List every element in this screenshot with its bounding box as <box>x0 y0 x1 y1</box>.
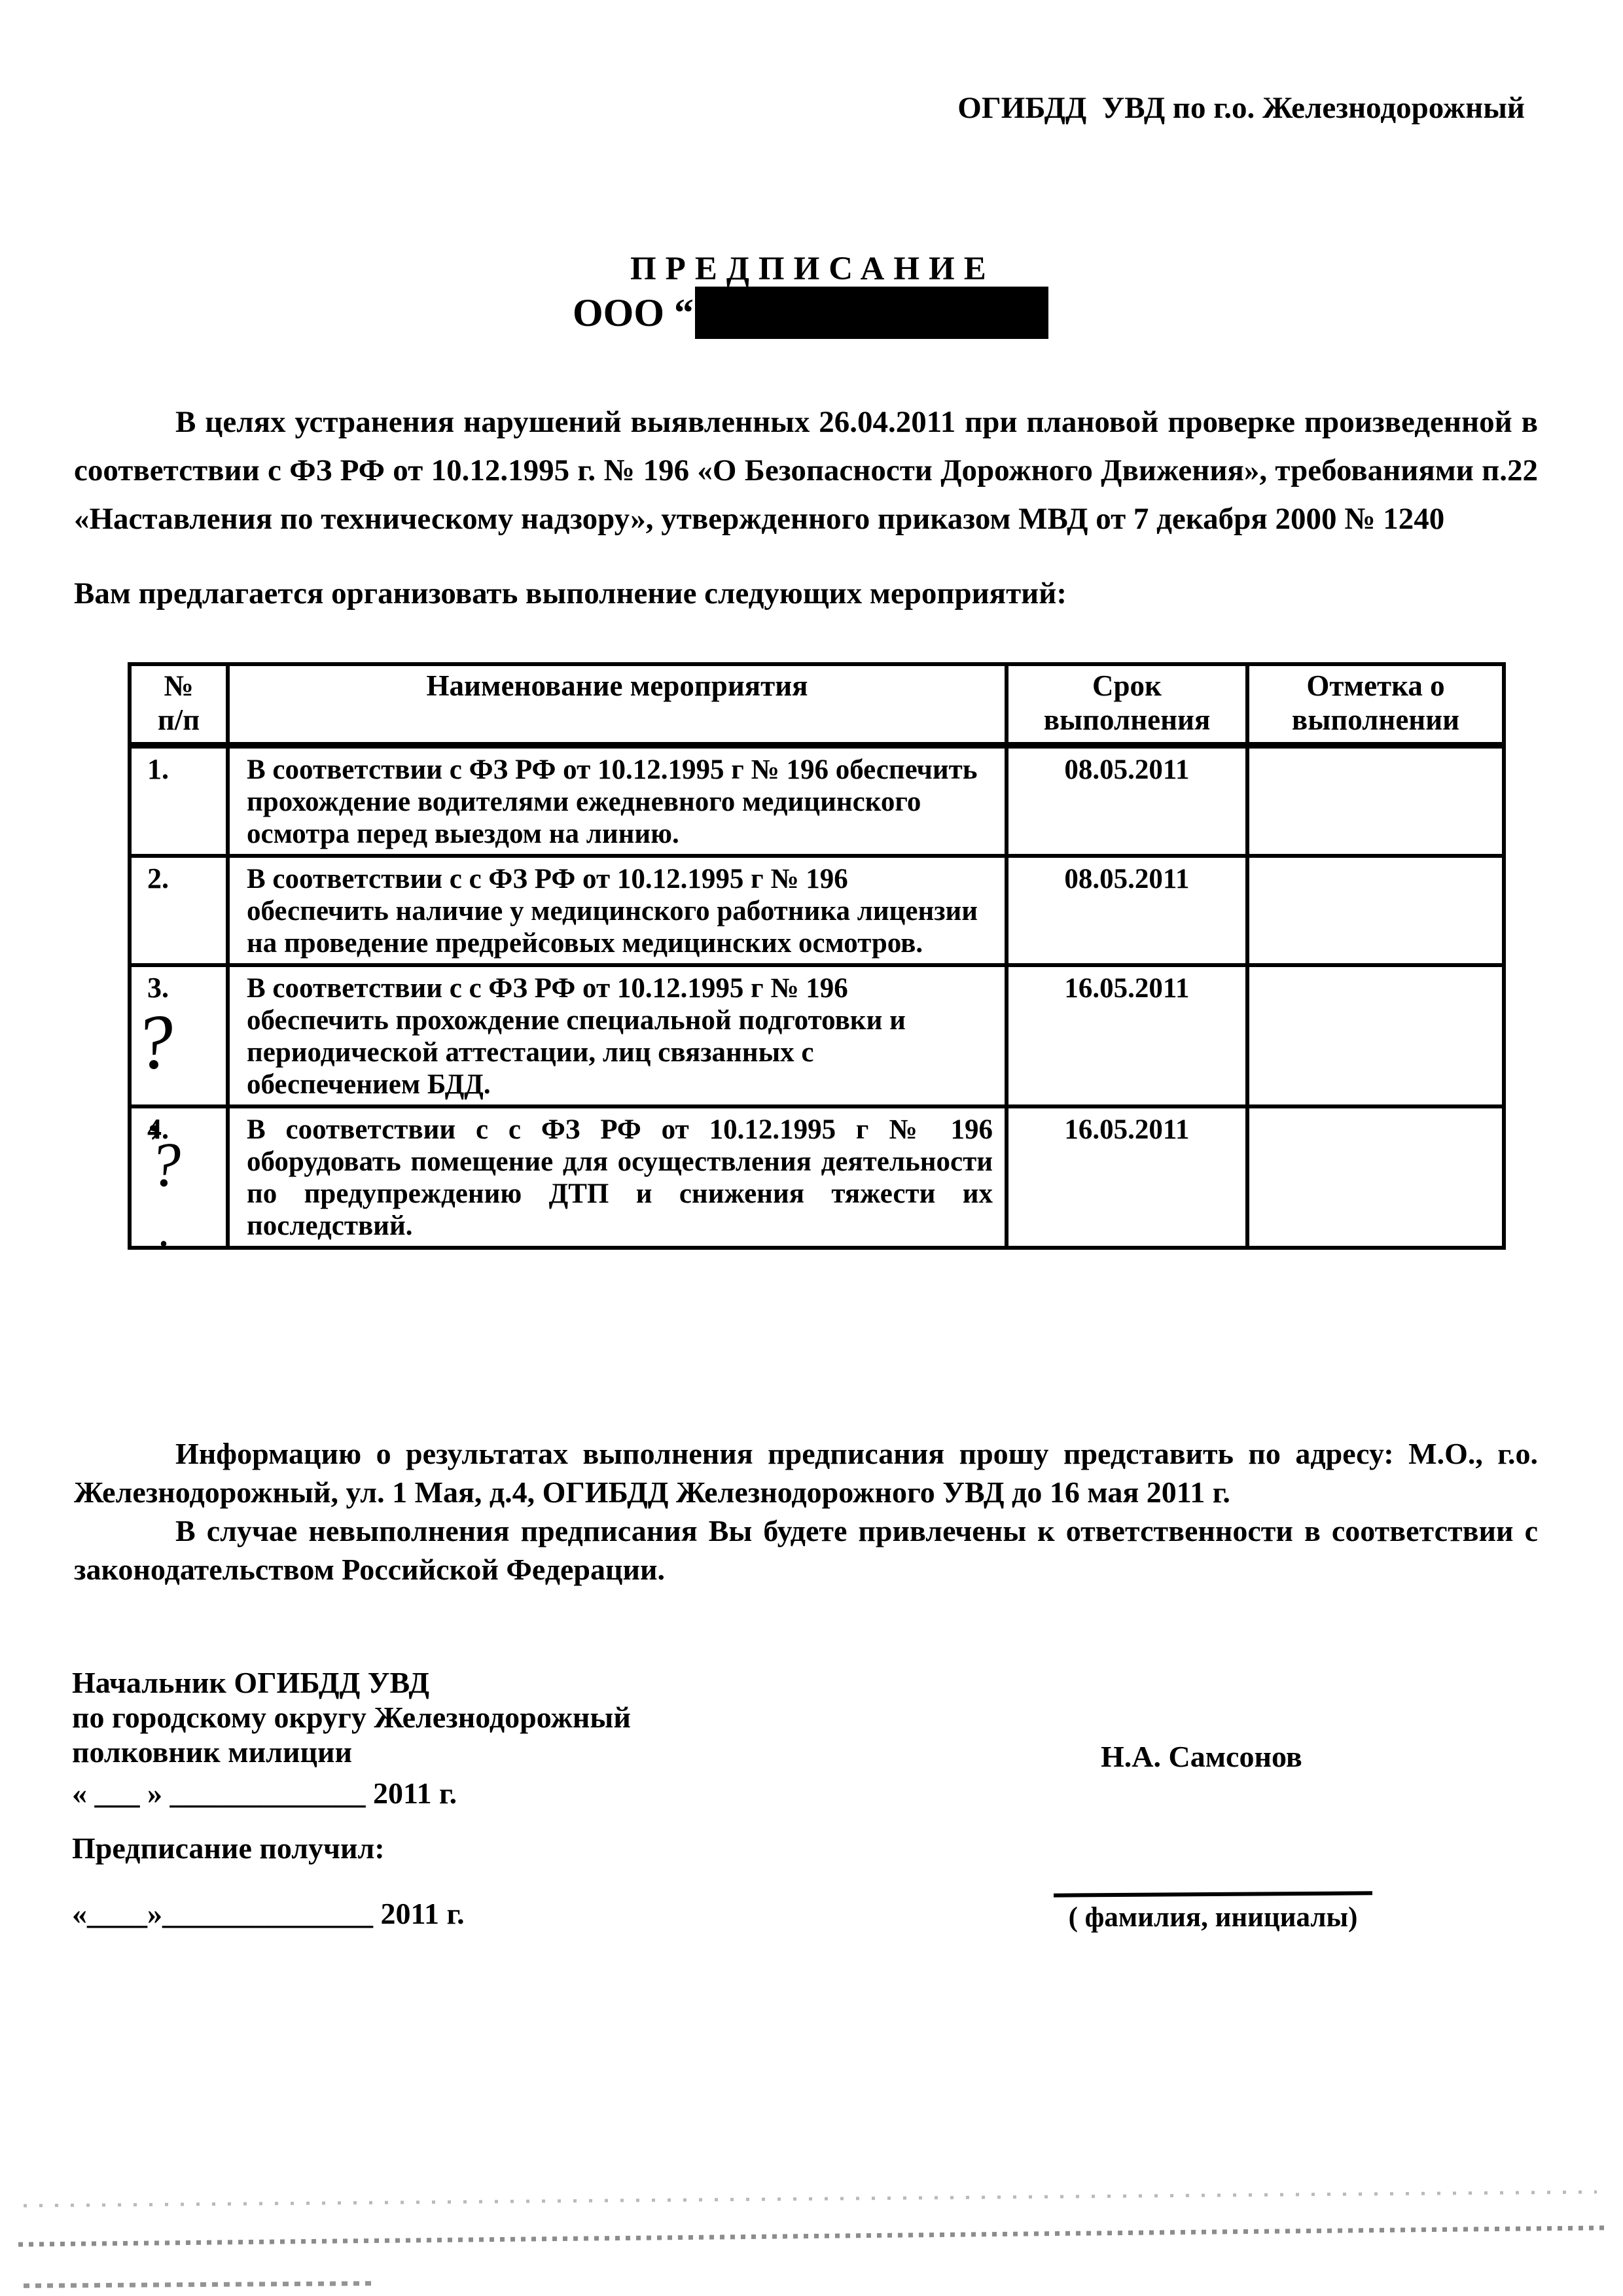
row-mark <box>1247 965 1504 1106</box>
measures-table: № п/п Наименование мероприятия Срок выпо… <box>128 662 1506 1250</box>
lead-in-line: Вам предлагается организовать выполнение… <box>74 576 1067 611</box>
handwritten-question-mark: ? <box>149 1133 183 1197</box>
row-number-cell: 1. <box>130 745 228 856</box>
col-header-num-line1: № <box>134 669 223 703</box>
received-date-blank: «____»______________ 2011 г. <box>72 1896 465 1931</box>
row-number-cell: 2. <box>130 856 228 965</box>
col-header-mark-line1: Отметка о <box>1252 669 1499 703</box>
signature-date-blank: « ___ » _____________ 2011 г. <box>72 1776 631 1810</box>
row-text: В соответствии с с ФЗ РФ от 10.12.1995 г… <box>228 965 1007 1106</box>
scan-noise-line <box>24 2281 377 2288</box>
row-deadline: 16.05.2011 <box>1007 965 1247 1106</box>
table-row: 2. В соответствии с с ФЗ РФ от 10.12.199… <box>130 856 1504 965</box>
signatory-name: Н.А. Самсонов <box>1101 1739 1302 1774</box>
scan-noise-line <box>18 2225 1605 2246</box>
row-number: 2. <box>147 862 169 894</box>
col-header-mark-line2: выполнении <box>1252 703 1499 737</box>
table-header-row: № п/п Наименование мероприятия Срок выпо… <box>130 664 1504 745</box>
row-deadline: 08.05.2011 <box>1007 856 1247 965</box>
address-paragraph: Информацию о результатах выполнения пред… <box>74 1434 1538 1511</box>
document-page: ОГИБДД УВД по г.о. Железнодорожный ПРЕДП… <box>0 0 1623 2296</box>
row-text: В соответствии с с ФЗ РФ от 10.12.1995 г… <box>228 856 1007 965</box>
row-deadline: 16.05.2011 <box>1007 1106 1247 1248</box>
col-header-name-line1: Наименование мероприятия <box>232 669 1002 703</box>
col-header-deadline-line2: выполнения <box>1011 703 1243 737</box>
recipient-signature-area: ( фамилия, инициалы) <box>1054 1892 1372 1934</box>
warning-paragraph: В случае невыполнения предписания Вы буд… <box>74 1511 1538 1589</box>
table-row: 4. ? . В соответствии с с ФЗ РФ от 10.12… <box>130 1106 1504 1248</box>
signature-caption: ( фамилия, инициалы) <box>1054 1901 1372 1934</box>
company-prefix: ООО “ <box>573 285 694 340</box>
row-mark <box>1247 1106 1504 1248</box>
redacted-company-name <box>695 287 1048 339</box>
intro-paragraph: В целях устранения нарушений выявленных … <box>74 398 1538 543</box>
row-number: 1. <box>147 753 169 785</box>
col-header-deadline-line1: Срок <box>1011 669 1243 703</box>
signature-block: Начальник ОГИБДД УВД по городскому округ… <box>72 1665 631 1810</box>
received-label: Предписание получил: <box>72 1831 385 1865</box>
scan-noise-line <box>24 2191 1597 2208</box>
org-header: ОГИБДД УВД по г.о. Железнодорожный <box>957 90 1525 126</box>
signature-post-line3: полковник милиции <box>72 1735 631 1769</box>
col-header-mark: Отметка о выполнении <box>1247 664 1504 745</box>
row-deadline: 08.05.2011 <box>1007 745 1247 856</box>
handwritten-question-mark: ? <box>132 1002 178 1083</box>
row-mark <box>1247 856 1504 965</box>
row-text: В соответствии с ФЗ РФ от 10.12.1995 г №… <box>228 745 1007 856</box>
row-text: В соответствии с с ФЗ РФ от 10.12.1995 г… <box>228 1106 1007 1248</box>
handwritten-dot: . <box>158 1207 169 1254</box>
row-number-cell: 3. ? , <box>130 965 228 1106</box>
col-header-deadline: Срок выполнения <box>1007 664 1247 745</box>
row-number-cell: 4. ? . <box>130 1106 228 1248</box>
col-header-num-line2: п/п <box>134 703 223 737</box>
row-mark <box>1247 745 1504 856</box>
signature-line <box>1054 1891 1372 1897</box>
page-title: ПРЕДПИСАНИЕ <box>630 250 995 288</box>
col-header-num: № п/п <box>130 664 228 745</box>
signature-post-line2: по городскому округу Железнодорожный <box>72 1700 631 1735</box>
addressee-line: ООО “ <box>573 285 1048 340</box>
signature-post-line1: Начальник ОГИБДД УВД <box>72 1665 631 1700</box>
col-header-name: Наименование мероприятия <box>228 664 1007 745</box>
table-row: 1. В соответствии с ФЗ РФ от 10.12.1995 … <box>130 745 1504 856</box>
table-row: 3. ? , В соответствии с с ФЗ РФ от 10.12… <box>130 965 1504 1106</box>
